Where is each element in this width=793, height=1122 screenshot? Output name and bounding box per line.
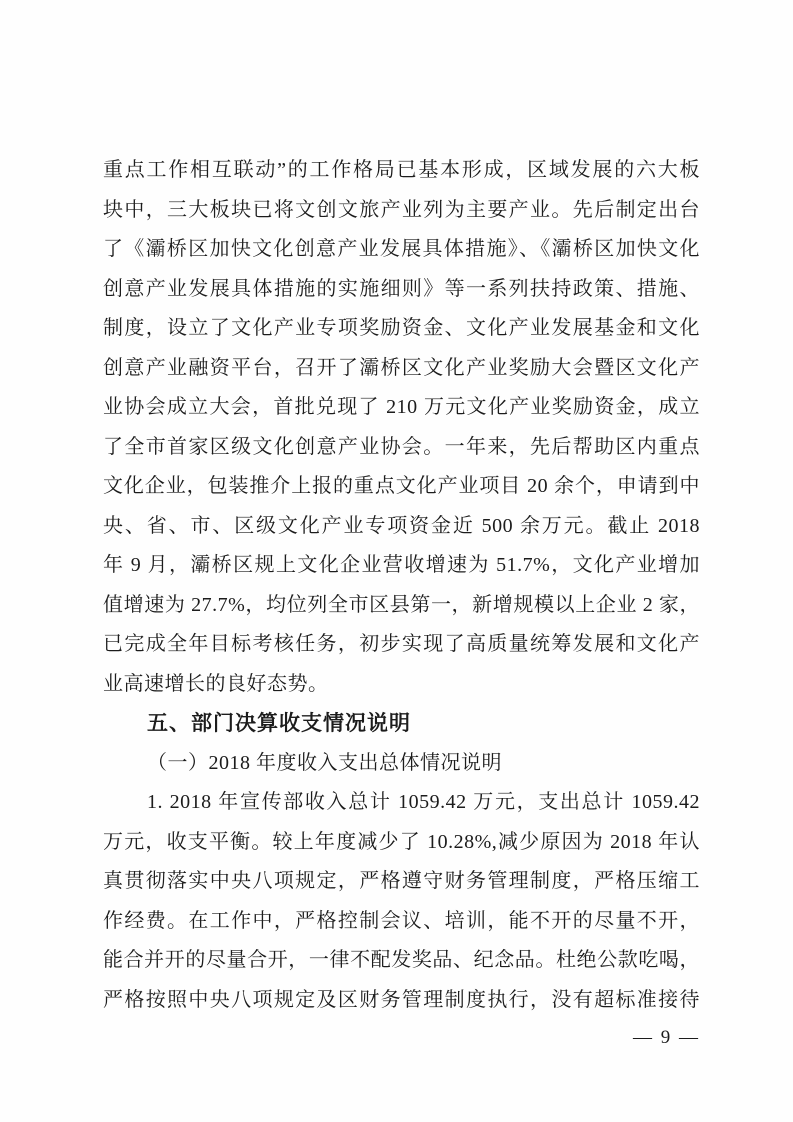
text-line: 业高速增长的良好态势。 bbox=[103, 665, 700, 705]
text-line: 业协会成立大会，首批兑现了 210 万元文化产业奖励资金，成立 bbox=[103, 388, 700, 428]
text-line: 文化企业，包装推介上报的重点文化产业项目 20 余个，申请到中 bbox=[103, 467, 700, 507]
text-line: 块中，三大板块已将文创文旅产业列为主要产业。先后制定出台 bbox=[103, 191, 700, 231]
text-line: 万元，收支平衡。较上年度减少了 10.28%,减少原因为 2018 年认 bbox=[103, 823, 700, 863]
section-heading: 五、部门决算收支情况说明 bbox=[103, 704, 700, 744]
text-line: 值增速为 27.7%，均位列全市区县第一，新增规模以上企业 2 家， bbox=[103, 586, 700, 626]
text-line: 了全市首家区级文化创意产业协会。一年来，先后帮助区内重点 bbox=[103, 428, 700, 468]
document-page: 重点工作相互联动”的工作格局已基本形成，区域发展的六大板 块中，三大板块已将文创… bbox=[0, 0, 793, 1122]
text-line: 真贯彻落实中央八项规定，严格遵守财务管理制度，严格压缩工 bbox=[103, 862, 700, 902]
text-line: 1. 2018 年宣传部收入总计 1059.42 万元，支出总计 1059.42 bbox=[103, 783, 700, 823]
text-line: 创意产业发展具体措施的实施细则》等一系列扶持政策、措施、 bbox=[103, 270, 700, 310]
text-line: 能合并开的尽量合开，一律不配发奖品、纪念品。杜绝公款吃喝， bbox=[103, 941, 700, 981]
text-line: 重点工作相互联动”的工作格局已基本形成，区域发展的六大板 bbox=[103, 151, 700, 191]
text-line: 年 9 月，灞桥区规上文化企业营收增速为 51.7%，文化产业增加 bbox=[103, 546, 700, 586]
text-line: 创意产业融资平台，召开了灞桥区文化产业奖励大会暨区文化产 bbox=[103, 349, 700, 389]
subsection-title: （一）2018 年度收入支出总体情况说明 bbox=[103, 744, 700, 784]
text-block: 重点工作相互联动”的工作格局已基本形成，区域发展的六大板 块中，三大板块已将文创… bbox=[103, 151, 700, 1020]
text-line: 已完成全年目标考核任务，初步实现了高质量统筹发展和文化产 bbox=[103, 625, 700, 665]
text-line: 严格按照中央八项规定及区财务管理制度执行，没有超标准接待 bbox=[103, 981, 700, 1021]
text-line: 央、省、市、区级文化产业专项资金近 500 余万元。截止 2018 bbox=[103, 507, 700, 547]
text-line: 作经费。在工作中，严格控制会议、培训，能不开的尽量不开， bbox=[103, 902, 700, 942]
text-line: 制度，设立了文化产业专项奖励资金、文化产业发展基金和文化 bbox=[103, 309, 700, 349]
text-line: 了《灞桥区加快文化创意产业发展具体措施》、《灞桥区加快文化 bbox=[103, 230, 700, 270]
page-number: — 9 — bbox=[633, 1026, 700, 1050]
